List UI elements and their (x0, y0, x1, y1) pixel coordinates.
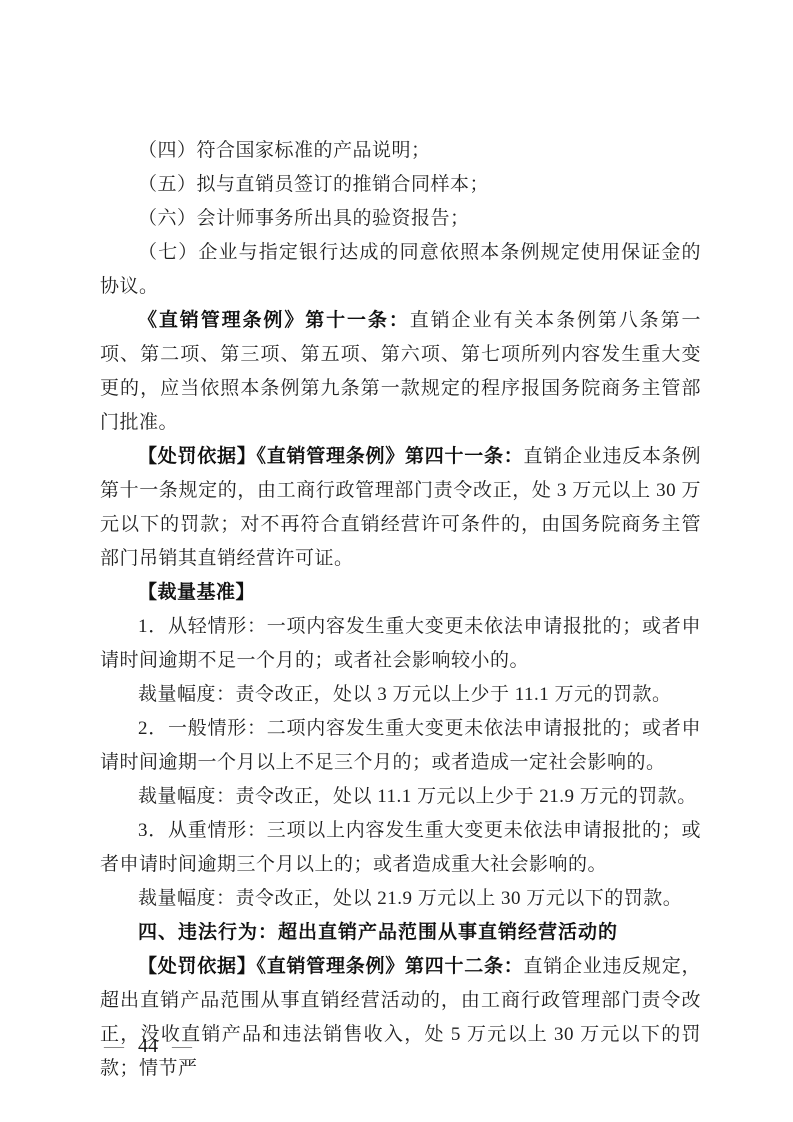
penalty-basis-42-paragraph: 【处罚依据】《直销管理条例》第四十二条：直销企业违反规定，超出直销产品范围从事直… (100, 950, 701, 1086)
article-11-lead: 《直销管理条例》第十一条： (138, 310, 410, 331)
tier-light-range: 裁量幅度：责令改正，处以 3 万元以上少于 11.1 万元的罚款。 (100, 678, 701, 712)
tier-heavy-range: 裁量幅度：责令改正，处以 21.9 万元以上 30 万元以下的罚款。 (100, 882, 701, 916)
page-number: 44 (130, 1035, 166, 1057)
list-item-6: （六）会计师事务所出具的验资报告； (100, 202, 701, 236)
penalty-basis-41-paragraph: 【处罚依据】《直销管理条例》第四十一条：直销企业违反本条例第十一条规定的，由工商… (100, 440, 701, 576)
section-4-heading: 四、违法行为：超出直销产品范围从事直销经营活动的 (100, 916, 701, 950)
document-page: （四）符合国家标准的产品说明； （五）拟与直销员签订的推销合同样本； （六）会计… (0, 0, 793, 1122)
list-item-5: （五）拟与直销员签订的推销合同样本； (100, 168, 701, 202)
tier-heavy-scenario: 3．从重情形：三项以上内容发生重大变更未依法申请报批的；或者申请时间逾期三个月以… (100, 814, 701, 882)
penalty-basis-41-lead: 【处罚依据】《直销管理条例》第四十一条： (138, 446, 523, 467)
tier-light-scenario: 1．从轻情形：一项内容发生重大变更未依法申请报批的；或者申请时间逾期不足一个月的… (100, 610, 701, 678)
penalty-basis-42-lead: 【处罚依据】《直销管理条例》第四十二条： (138, 956, 523, 977)
list-item-7: （七）企业与指定银行达成的同意依照本条例规定使用保证金的协议。 (100, 236, 701, 304)
tier-general-scenario: 2．一般情形：二项内容发生重大变更未依法申请报批的；或者申请时间逾期一个月以上不… (100, 712, 701, 780)
tier-general-range: 裁量幅度：责令改正，处以 11.1 万元以上少于 21.9 万元的罚款。 (100, 780, 701, 814)
list-item-4: （四）符合国家标准的产品说明； (100, 134, 701, 168)
footer-dash-left: — (98, 1035, 130, 1057)
page-footer: —44— (98, 1032, 198, 1060)
footer-dash-right: — (166, 1035, 198, 1057)
discretion-standard-heading: 【裁量基准】 (100, 576, 701, 610)
document-body: （四）符合国家标准的产品说明； （五）拟与直销员签订的推销合同样本； （六）会计… (100, 134, 701, 1086)
article-11-paragraph: 《直销管理条例》第十一条：直销企业有关本条例第八条第一项、第二项、第三项、第五项… (100, 304, 701, 440)
